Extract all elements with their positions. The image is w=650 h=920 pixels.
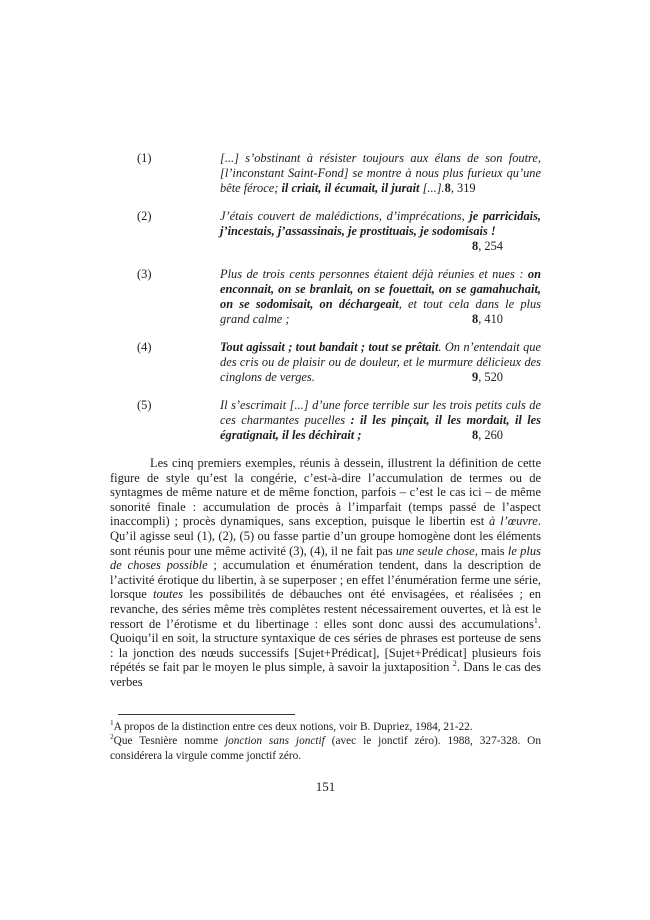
example-block-5: (5)Il s’escrimait [...] d’une force terr… <box>137 398 541 443</box>
citation-pages: , 254 <box>478 239 503 253</box>
example-citation: 8, 410 <box>472 312 541 327</box>
footnote-text-segment: Que Tesnière nomme <box>114 735 225 747</box>
paragraph-segment: toutes <box>153 587 183 601</box>
example-block-3: (3)Plus de trois cents personnes étaient… <box>137 267 541 327</box>
footnote-text-segment: A propos de la distinction entre ces deu… <box>114 721 473 733</box>
example-citation: 8, 260 <box>472 428 541 443</box>
citation-pages: , 260 <box>478 428 503 442</box>
citation-pages: , 410 <box>478 312 503 326</box>
footnotes-section: 1A propos de la distinction entre ces de… <box>110 714 541 763</box>
examples-list: (1)[...] s’obstinant à résister toujours… <box>110 151 541 443</box>
example-block-1: (1)[...] s’obstinant à résister toujours… <box>137 151 541 196</box>
example-number: (1) <box>137 151 220 196</box>
footnotes-list: 1A propos de la distinction entre ces de… <box>110 720 541 763</box>
example-text-segment: Tout agissait ; tout bandait ; tout se p… <box>220 340 438 354</box>
example-block-2: (2)J’étais couvert de malédictions, d’im… <box>137 209 541 254</box>
example-text: J’étais couvert de malédictions, d’impré… <box>220 209 541 254</box>
footnote-1: 1A propos de la distinction entre ces de… <box>110 720 541 734</box>
footnote-text-segment: jonction sans jonctif <box>225 735 325 747</box>
example-text: [...] s’obstinant à résister toujours au… <box>220 151 541 196</box>
example-text-segment: [...]. <box>420 181 445 195</box>
citation-pages: , 319 <box>451 181 476 195</box>
footnote-2: 2Que Tesnière nomme jonction sans joncti… <box>110 734 541 763</box>
body-paragraph: Les cinq premiers exemples, réunis à des… <box>110 456 541 690</box>
example-number: (4) <box>137 340 220 385</box>
example-block-4: (4)Tout agissait ; tout bandait ; tout s… <box>137 340 541 385</box>
example-number: (5) <box>137 398 220 443</box>
citation-pages: , 520 <box>478 370 503 384</box>
paragraph-segment: Les cinq premiers exemples, réunis à des… <box>110 456 541 528</box>
document-page: (1)[...] s’obstinant à résister toujours… <box>0 0 650 920</box>
example-number: (3) <box>137 267 220 327</box>
example-citation: 8, 319 <box>445 181 540 195</box>
example-citation: 9, 520 <box>472 370 541 385</box>
page-content: (1)[...] s’obstinant à résister toujours… <box>110 151 541 690</box>
example-text-segment: il criait, il écumait, il jurait <box>281 181 419 195</box>
page-number: 151 <box>110 779 541 795</box>
example-text: Il s’escrimait [...] d’une force terribl… <box>220 398 541 443</box>
example-citation: 8, 254 <box>472 239 541 254</box>
example-text: Plus de trois cents personnes étaient dé… <box>220 267 541 327</box>
example-text-segment: J’étais couvert de malédictions, d’impré… <box>220 209 469 223</box>
example-number: (2) <box>137 209 220 254</box>
example-text-segment: Plus de trois cents personnes étaient dé… <box>220 267 528 281</box>
footnote-separator-rule <box>118 714 295 715</box>
paragraph-segment: une seule chose <box>396 544 475 558</box>
paragraph-segment: , mais <box>475 544 508 558</box>
paragraph-segment: à l’œuvre <box>489 514 538 528</box>
example-text: Tout agissait ; tout bandait ; tout se p… <box>220 340 541 385</box>
